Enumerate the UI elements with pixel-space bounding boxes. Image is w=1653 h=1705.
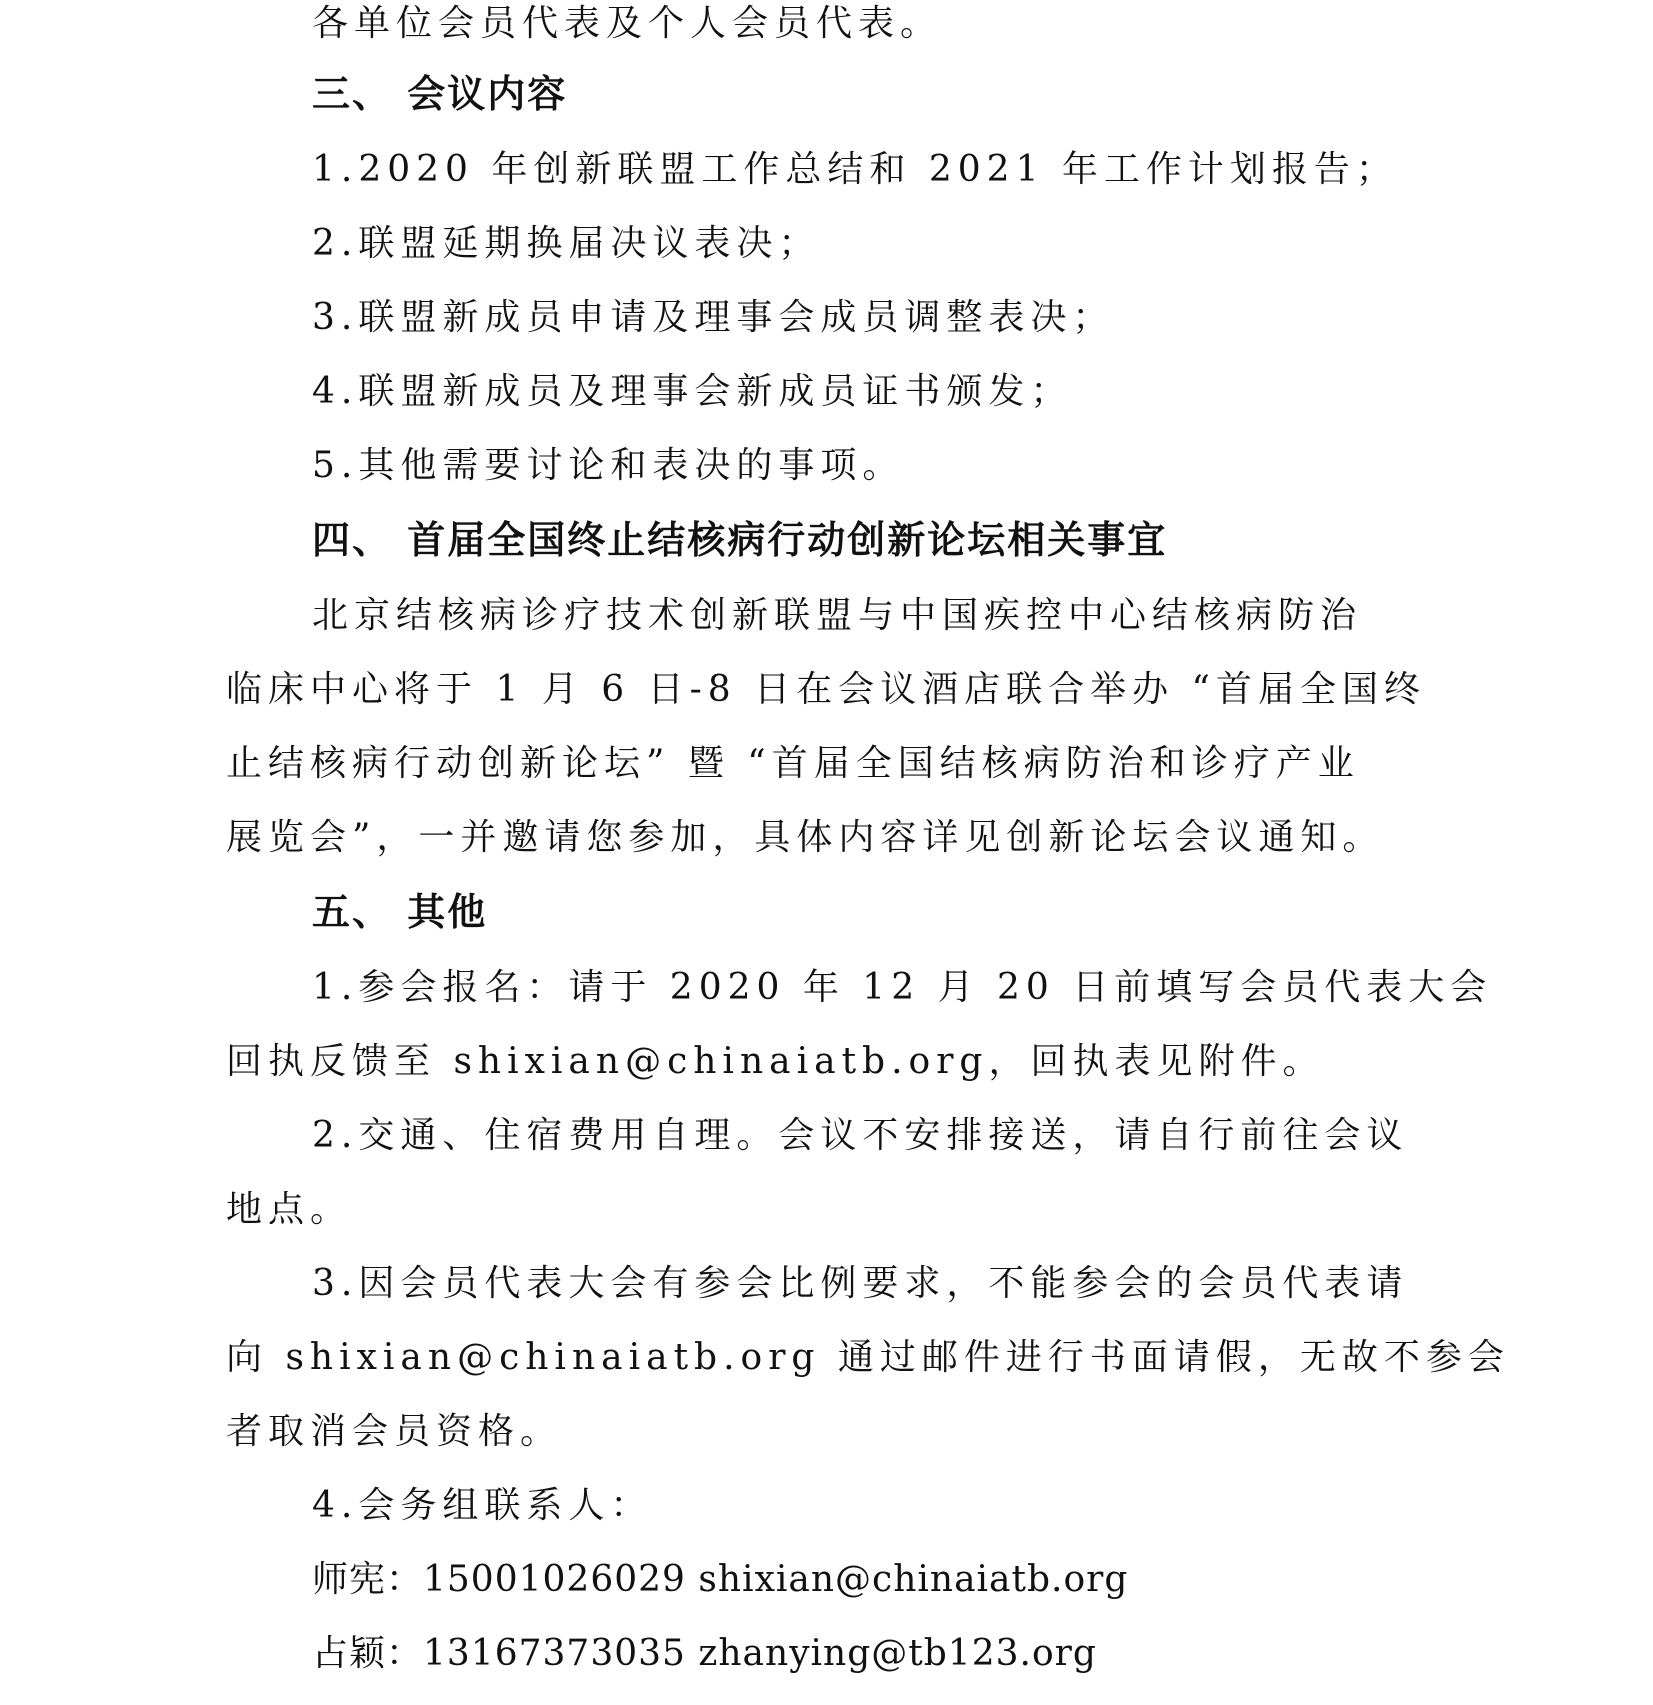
section-3-heading: 三、 会议内容 [312,72,567,116]
section-4-heading: 四、 首届全国终止结核病行动创新论坛相关事宜 [312,518,1167,562]
forum-paragraph-line-4: 展览会”，一并邀请您参加，具体内容详见创新论坛会议通知。 [226,816,1384,860]
forum-paragraph-line-2: 临床中心将于 1 月 6 日-8 日在会议酒店联合举办 “首届全国终 [226,668,1426,712]
agenda-item-4: 4.联盟新成员及理事会新成员证书颁发； [312,370,1072,414]
other-line-4: 地点。 [226,1188,352,1232]
intro-tail: 各单位会员代表及个人会员代表。 [312,2,942,46]
agenda-item-3: 3.联盟新成员申请及理事会成员调整表决； [312,296,1114,340]
forum-paragraph-line-3: 止结核病行动创新论坛” 暨 “首届全国结核病防治和诊疗产业 [226,742,1360,786]
section-5-heading: 五、 其他 [312,890,487,934]
forum-paragraph-line-1: 北京结核病诊疗技术创新联盟与中国疾控中心结核病防治 [312,594,1362,638]
contact-zhanying: 占颖：13167373035 zhanying@tb123.org [312,1632,1097,1676]
agenda-item-5: 5.其他需要讨论和表决的事项。 [312,444,904,488]
agenda-item-2: 2.联盟延期换届决议表决； [312,222,820,266]
other-line-3: 2.交通、住宿费用自理。会议不安排接送，请自行前往会议 [312,1114,1408,1158]
other-line-6: 向 shixian@chinaiatb.org 通过邮件进行书面请假，无故不参会 [226,1336,1510,1380]
other-line-7: 者取消会员资格。 [226,1410,562,1454]
contact-shixian: 师宪：15001026029 shixian@chinaiatb.org [312,1558,1128,1602]
other-line-2: 回执反馈至 shixian@chinaiatb.org，回执表见附件。 [226,1040,1324,1084]
other-line-8: 4.会务组联系人： [312,1484,652,1528]
other-line-1: 1.参会报名：请于 2020 年 12 月 20 日前填写会员代表大会 [312,966,1492,1010]
other-line-5: 3.因会员代表大会有参会比例要求，不能参会的会员代表请 [312,1262,1408,1306]
agenda-item-1: 1.2020 年创新联盟工作总结和 2021 年工作计划报告； [312,148,1398,192]
